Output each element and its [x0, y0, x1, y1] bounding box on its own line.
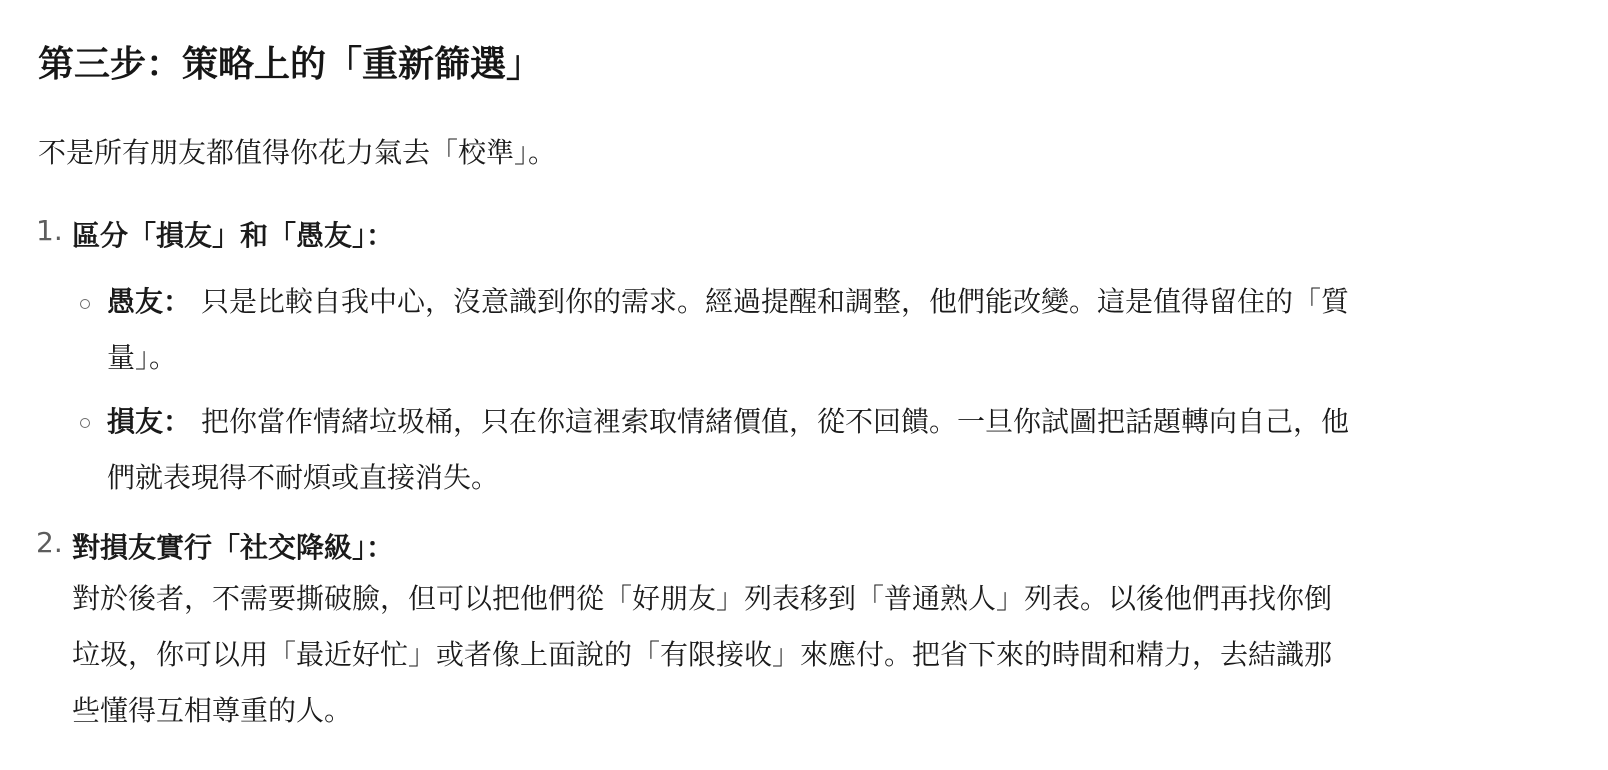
bullet-circle-icon	[80, 299, 90, 309]
body-line: 垃圾，你可以用「最近好忙」或者像上面說的「有限接收」來應付。把省下來的時間和精力…	[72, 627, 1532, 683]
body-line: 些懂得互相尊重的人。	[72, 683, 1532, 739]
bullet-circle-icon	[80, 418, 90, 428]
list-item-title-1: 區分「損友」和「愚友」：	[72, 214, 394, 254]
list-number-1: 1.	[36, 214, 63, 247]
section-heading: 第三步：策略上的「重新篩選」	[38, 36, 542, 87]
sub-item-term: 損友：	[107, 405, 191, 438]
body-line: 對於後者，不需要撕破臉，但可以把他們從「好朋友」列表移到「普通熟人」列表。以後他…	[72, 571, 1532, 627]
sub-item-term: 愚友：	[107, 285, 191, 318]
intro-paragraph: 不是所有朋友都值得你花力氣去「校準」。	[38, 131, 556, 171]
sub-item-bad-friend: 損友：把你當作情緒垃圾桶，只在你這裡索取情緒價值，從不回饋。一旦你試圖把話題轉向…	[107, 394, 1527, 506]
list-number-2: 2.	[36, 526, 63, 559]
sub-item-foolish-friend: 愚友：只是比較自我中心，沒意識到你的需求。經過提醒和調整，他們能改變。這是值得留…	[107, 274, 1527, 386]
sub-item-text-line1: 把你當作情緒垃圾桶，只在你這裡索取情緒價值，從不回饋。一旦你試圖把話題轉向自己，…	[201, 405, 1349, 438]
sub-item-text-line2: 量」。	[107, 330, 1527, 386]
list-item-title-2: 對損友實行「社交降級」：	[72, 526, 394, 566]
list-item-body-2: 對於後者，不需要撕破臉，但可以把他們從「好朋友」列表移到「普通熟人」列表。以後他…	[72, 571, 1532, 739]
sub-item-text-line1: 只是比較自我中心，沒意識到你的需求。經過提醒和調整，他們能改變。這是值得留住的「…	[201, 285, 1349, 318]
sub-item-text-line2: 們就表現得不耐煩或直接消失。	[107, 450, 1527, 506]
